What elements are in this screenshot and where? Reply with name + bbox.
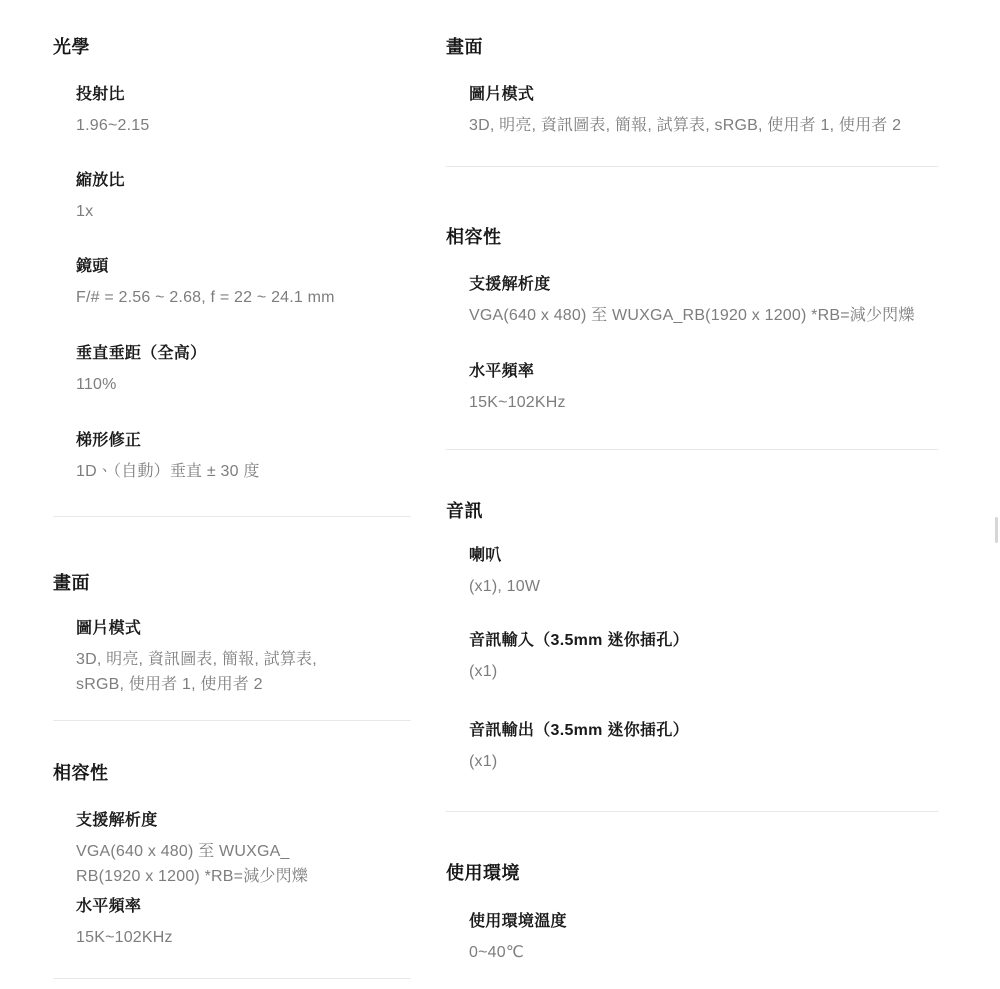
spec-value: 0~40℃ xyxy=(469,940,966,965)
spec-group-h-frequency: 水平頻率 15K~102KHz xyxy=(76,896,411,950)
spec-label: 支援解析度 xyxy=(469,274,966,296)
spec-value: 15K~102KHz xyxy=(469,390,966,415)
left-column: 光學 投射比 1.96~2.15 縮放比 1x 鏡頭 F/# = 2.56 ~ … xyxy=(53,0,411,989)
spec-label: 喇叭 xyxy=(469,545,966,567)
spec-value: 1D、（自動）垂直 ± 30 度 xyxy=(76,459,411,484)
spec-group-resolution: 支援解析度 VGA(640 x 480) 至 WUXGA_RB(1920 x 1… xyxy=(469,274,966,328)
spec-value: 15K~102KHz xyxy=(76,925,411,950)
spec-label: 圖片模式 xyxy=(469,84,966,106)
section-title-display: 畫面 xyxy=(446,35,483,59)
spec-group-h-frequency: 水平頻率 15K~102KHz xyxy=(469,361,966,415)
spec-group-picture-modes: 圖片模式 3D, 明亮, 資訊圖表, 簡報, 試算表, sRGB, 使用者 1,… xyxy=(469,84,966,138)
spec-value: 1.96~2.15 xyxy=(76,113,411,138)
spec-value-line1: VGA(640 x 480) 至 WUXGA_ xyxy=(76,839,411,864)
section-title-optical: 光學 xyxy=(53,35,90,59)
section-divider xyxy=(53,978,411,979)
spec-value: (x1) xyxy=(469,749,966,774)
spec-value-line1: 3D, 明亮, 資訊圖表, 簡報, 試算表, xyxy=(76,647,411,672)
spec-value-line2: RB(1920 x 1200) *RB=減少閃爍 xyxy=(76,864,411,889)
spec-sheet-page: 光學 投射比 1.96~2.15 縮放比 1x 鏡頭 F/# = 2.56 ~ … xyxy=(0,0,1000,989)
right-column: 畫面 圖片模式 3D, 明亮, 資訊圖表, 簡報, 試算表, sRGB, 使用者… xyxy=(446,0,966,989)
spec-group-picture-modes: 圖片模式 3D, 明亮, 資訊圖表, 簡報, 試算表, sRGB, 使用者 1,… xyxy=(76,618,411,697)
spec-label: 圖片模式 xyxy=(76,618,411,640)
spec-value: F/# = 2.56 ~ 2.68, f = 22 ~ 24.1 mm xyxy=(76,285,411,310)
spec-value: 3D, 明亮, 資訊圖表, 簡報, 試算表, sRGB, 使用者 1, 使用者 … xyxy=(469,113,966,138)
spec-group-throw-ratio: 投射比 1.96~2.15 xyxy=(76,84,411,138)
scrollbar-thumb[interactable] xyxy=(995,517,998,543)
section-divider xyxy=(446,166,938,167)
spec-value: (x1), 10W xyxy=(469,574,966,599)
spec-value: 110% xyxy=(76,372,411,397)
section-divider xyxy=(53,516,411,517)
spec-label: 鏡頭 xyxy=(76,256,411,278)
spec-label: 使用環境溫度 xyxy=(469,911,966,933)
spec-label: 投射比 xyxy=(76,84,411,106)
section-title-environment: 使用環境 xyxy=(446,861,520,885)
section-title-audio: 音訊 xyxy=(446,499,483,523)
spec-label: 垂直垂距（全高） xyxy=(76,343,411,365)
spec-label: 梯形修正 xyxy=(76,430,411,452)
spec-value: VGA(640 x 480) 至 WUXGA_RB(1920 x 1200) *… xyxy=(469,303,966,328)
spec-label: 支援解析度 xyxy=(76,810,411,832)
spec-group-keystone: 梯形修正 1D、（自動）垂直 ± 30 度 xyxy=(76,430,411,484)
spec-value: 1x xyxy=(76,199,411,224)
section-divider xyxy=(53,720,411,721)
spec-group-speaker: 喇叭 (x1), 10W xyxy=(469,545,966,599)
spec-group-lens: 鏡頭 F/# = 2.56 ~ 2.68, f = 22 ~ 24.1 mm xyxy=(76,256,411,310)
spec-label: 音訊輸出（3.5mm 迷你插孔） xyxy=(469,720,966,742)
spec-group-audio-in: 音訊輸入（3.5mm 迷你插孔） (x1) xyxy=(469,630,966,684)
spec-group-resolution: 支援解析度 VGA(640 x 480) 至 WUXGA_ RB(1920 x … xyxy=(76,810,411,889)
section-title-compatibility: 相容性 xyxy=(53,761,109,785)
spec-label: 音訊輸入（3.5mm 迷你插孔） xyxy=(469,630,966,652)
spec-group-audio-out: 音訊輸出（3.5mm 迷你插孔） (x1) xyxy=(469,720,966,774)
spec-value-line2: sRGB, 使用者 1, 使用者 2 xyxy=(76,672,411,697)
spec-group-vertical-offset: 垂直垂距（全高） 110% xyxy=(76,343,411,397)
spec-value: (x1) xyxy=(469,659,966,684)
spec-label: 水平頻率 xyxy=(469,361,966,383)
section-title-compatibility: 相容性 xyxy=(446,225,502,249)
section-title-display: 畫面 xyxy=(53,571,90,595)
section-divider xyxy=(446,811,938,812)
spec-label: 縮放比 xyxy=(76,170,411,192)
section-divider xyxy=(446,449,938,450)
spec-group-op-temperature: 使用環境溫度 0~40℃ xyxy=(469,911,966,965)
spec-group-zoom-ratio: 縮放比 1x xyxy=(76,170,411,224)
spec-label: 水平頻率 xyxy=(76,896,411,918)
